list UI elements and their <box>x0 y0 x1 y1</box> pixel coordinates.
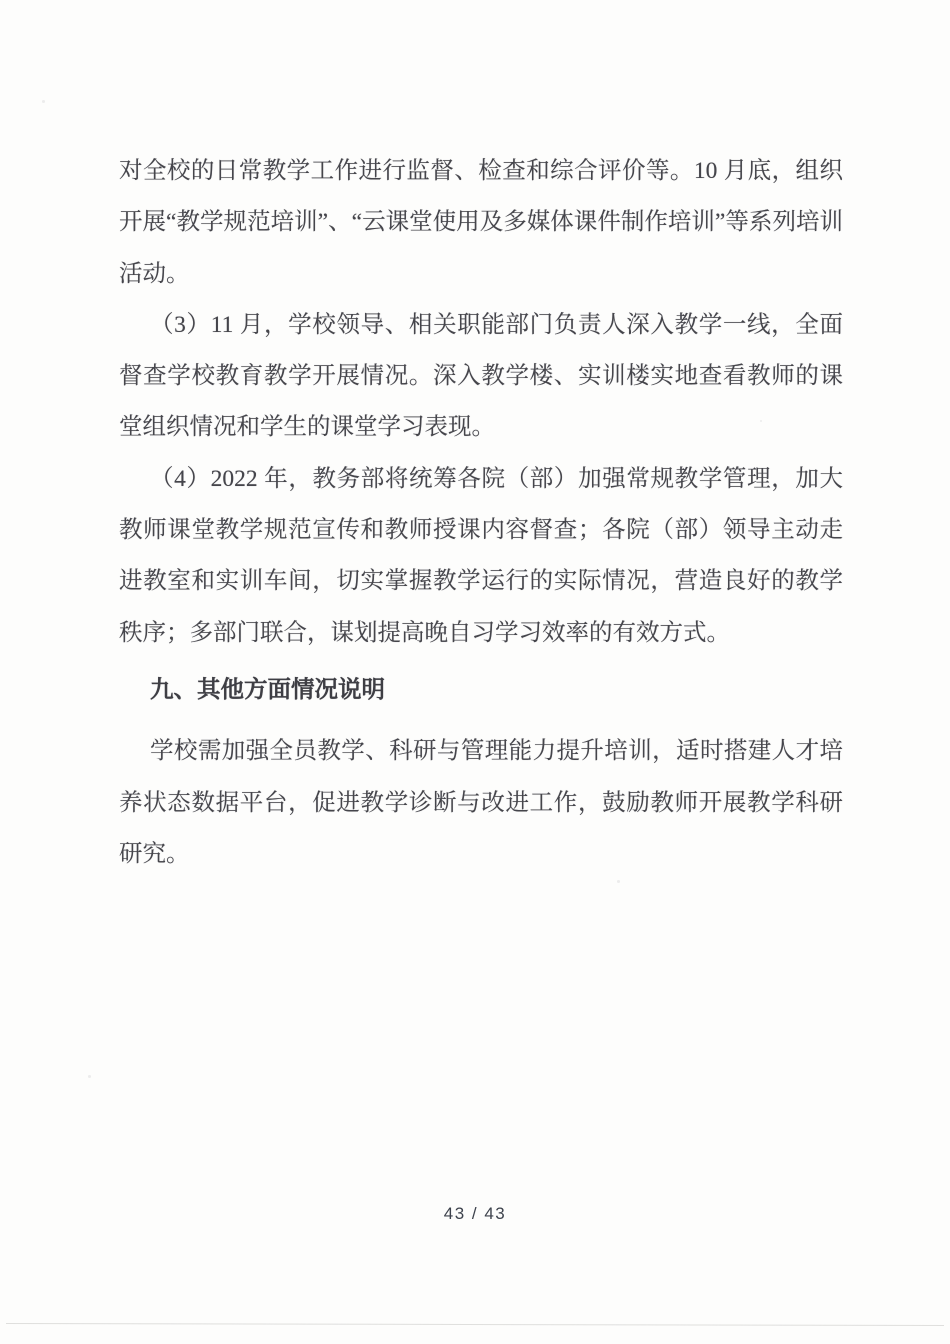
document-body: 对全校的日常教学工作进行监督、检查和综合评价等。10 月底，组织开展“教学规范培… <box>119 146 843 880</box>
body-paragraph-4: 学校需加强全员教学、科研与管理能力提升培训，适时搭建人才培养状态数据平台，促进教… <box>119 726 843 880</box>
scan-speck <box>88 1075 91 1078</box>
document-page: 对全校的日常教学工作进行监督、检查和综合评价等。10 月底，组织开展“教学规范培… <box>0 0 950 1344</box>
scan-speck <box>42 100 45 103</box>
scan-speck <box>617 880 620 883</box>
scan-edge-artifact <box>6 1323 944 1326</box>
section-heading: 九、其他方面情况说明 <box>119 665 843 716</box>
body-paragraph-1: 对全校的日常教学工作进行监督、检查和综合评价等。10 月底，组织开展“教学规范培… <box>119 146 843 300</box>
scan-speck <box>760 420 762 422</box>
body-paragraph-3: （4）2022 年，教务部将统筹各院（部）加强常规教学管理，加大教师课堂教学规范… <box>119 454 843 659</box>
body-paragraph-2: （3）11 月，学校领导、相关职能部门负责人深入教学一线，全面督查学校教育教学开… <box>119 300 843 454</box>
page-number: 43 / 43 <box>0 1204 950 1224</box>
